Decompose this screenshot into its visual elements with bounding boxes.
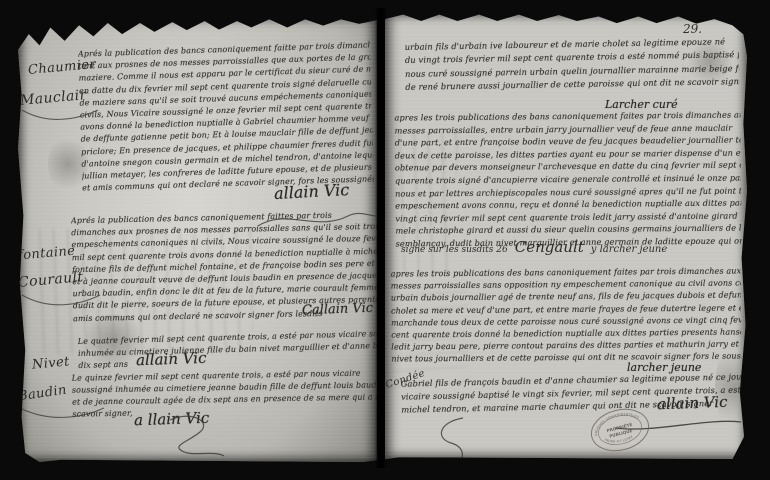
- signature-underline-flourish: [613, 416, 745, 432]
- question-flourish: [425, 412, 479, 470]
- signature-allain-vic-4: a llain Vic: [134, 409, 210, 430]
- margin-name-fontaine: fontaine: [17, 244, 76, 264]
- svg-text:ARCHIVES DÉPARTEMENTALES: ARCHIVES DÉPARTEMENTALES: [590, 408, 642, 437]
- signature-allain-vic-1: allain Vic: [274, 180, 350, 203]
- stamp-arc-top: ARCHIVES DÉPARTEMENTALES: [590, 408, 642, 437]
- right-page: 29. urbain fils d'urbain ive laboureur e…: [385, 12, 747, 459]
- signature-prefix: signé sur les susdits 26: [401, 245, 508, 255]
- svg-text:INDRE-ET-LOIRE: INDRE-ET-LOIRE: [603, 431, 634, 447]
- signature-line: signé sur les susdits 26 Cengault y larc…: [401, 238, 667, 256]
- folio-number: 29.: [683, 22, 702, 36]
- signature-cengault: Cengault: [515, 238, 584, 256]
- entry-baptism-urbain: urbain fils d'urbain ive laboureur et de…: [405, 35, 740, 94]
- margin-name-baudin: Baudin: [17, 383, 68, 405]
- signature-allain-vic-5: allain Vic: [657, 393, 728, 413]
- signature-allain-vic-3: allain Vic: [136, 349, 207, 369]
- entry-banns-dubois: apres les trois publications des bans ca…: [391, 264, 742, 365]
- signature-allain-vic-2: Callain Vic: [302, 301, 374, 318]
- entry-nivet: Le quatre fevrier mil sept cent quarente…: [78, 328, 381, 372]
- margin-name-mauclair: Mauclair: [19, 87, 87, 109]
- signature-larcher-jeune: y larcher jeune: [591, 244, 668, 255]
- stamp-arc-bottom: INDRE-ET-LOIRE: [603, 431, 634, 447]
- entry-chaumier-mauclair: Aprés la publication des bancs canonique…: [78, 39, 374, 195]
- entry-banns-jarry-bodin: apres les trois publications des bans ca…: [394, 108, 741, 250]
- stamp-line1: PROPRIÉTÉ: [606, 422, 633, 433]
- stamp-line2: PUBLIQUE: [609, 428, 633, 439]
- register-scan: Chaumier Mauclair Aprés la publication d…: [0, 0, 770, 480]
- left-page: Chaumier Mauclair Aprés la publication d…: [18, 14, 377, 462]
- margin-name-nivet: Nivet: [31, 354, 70, 372]
- entry-baudin: Le quinze fevrier mil sept cent quarente…: [72, 367, 379, 420]
